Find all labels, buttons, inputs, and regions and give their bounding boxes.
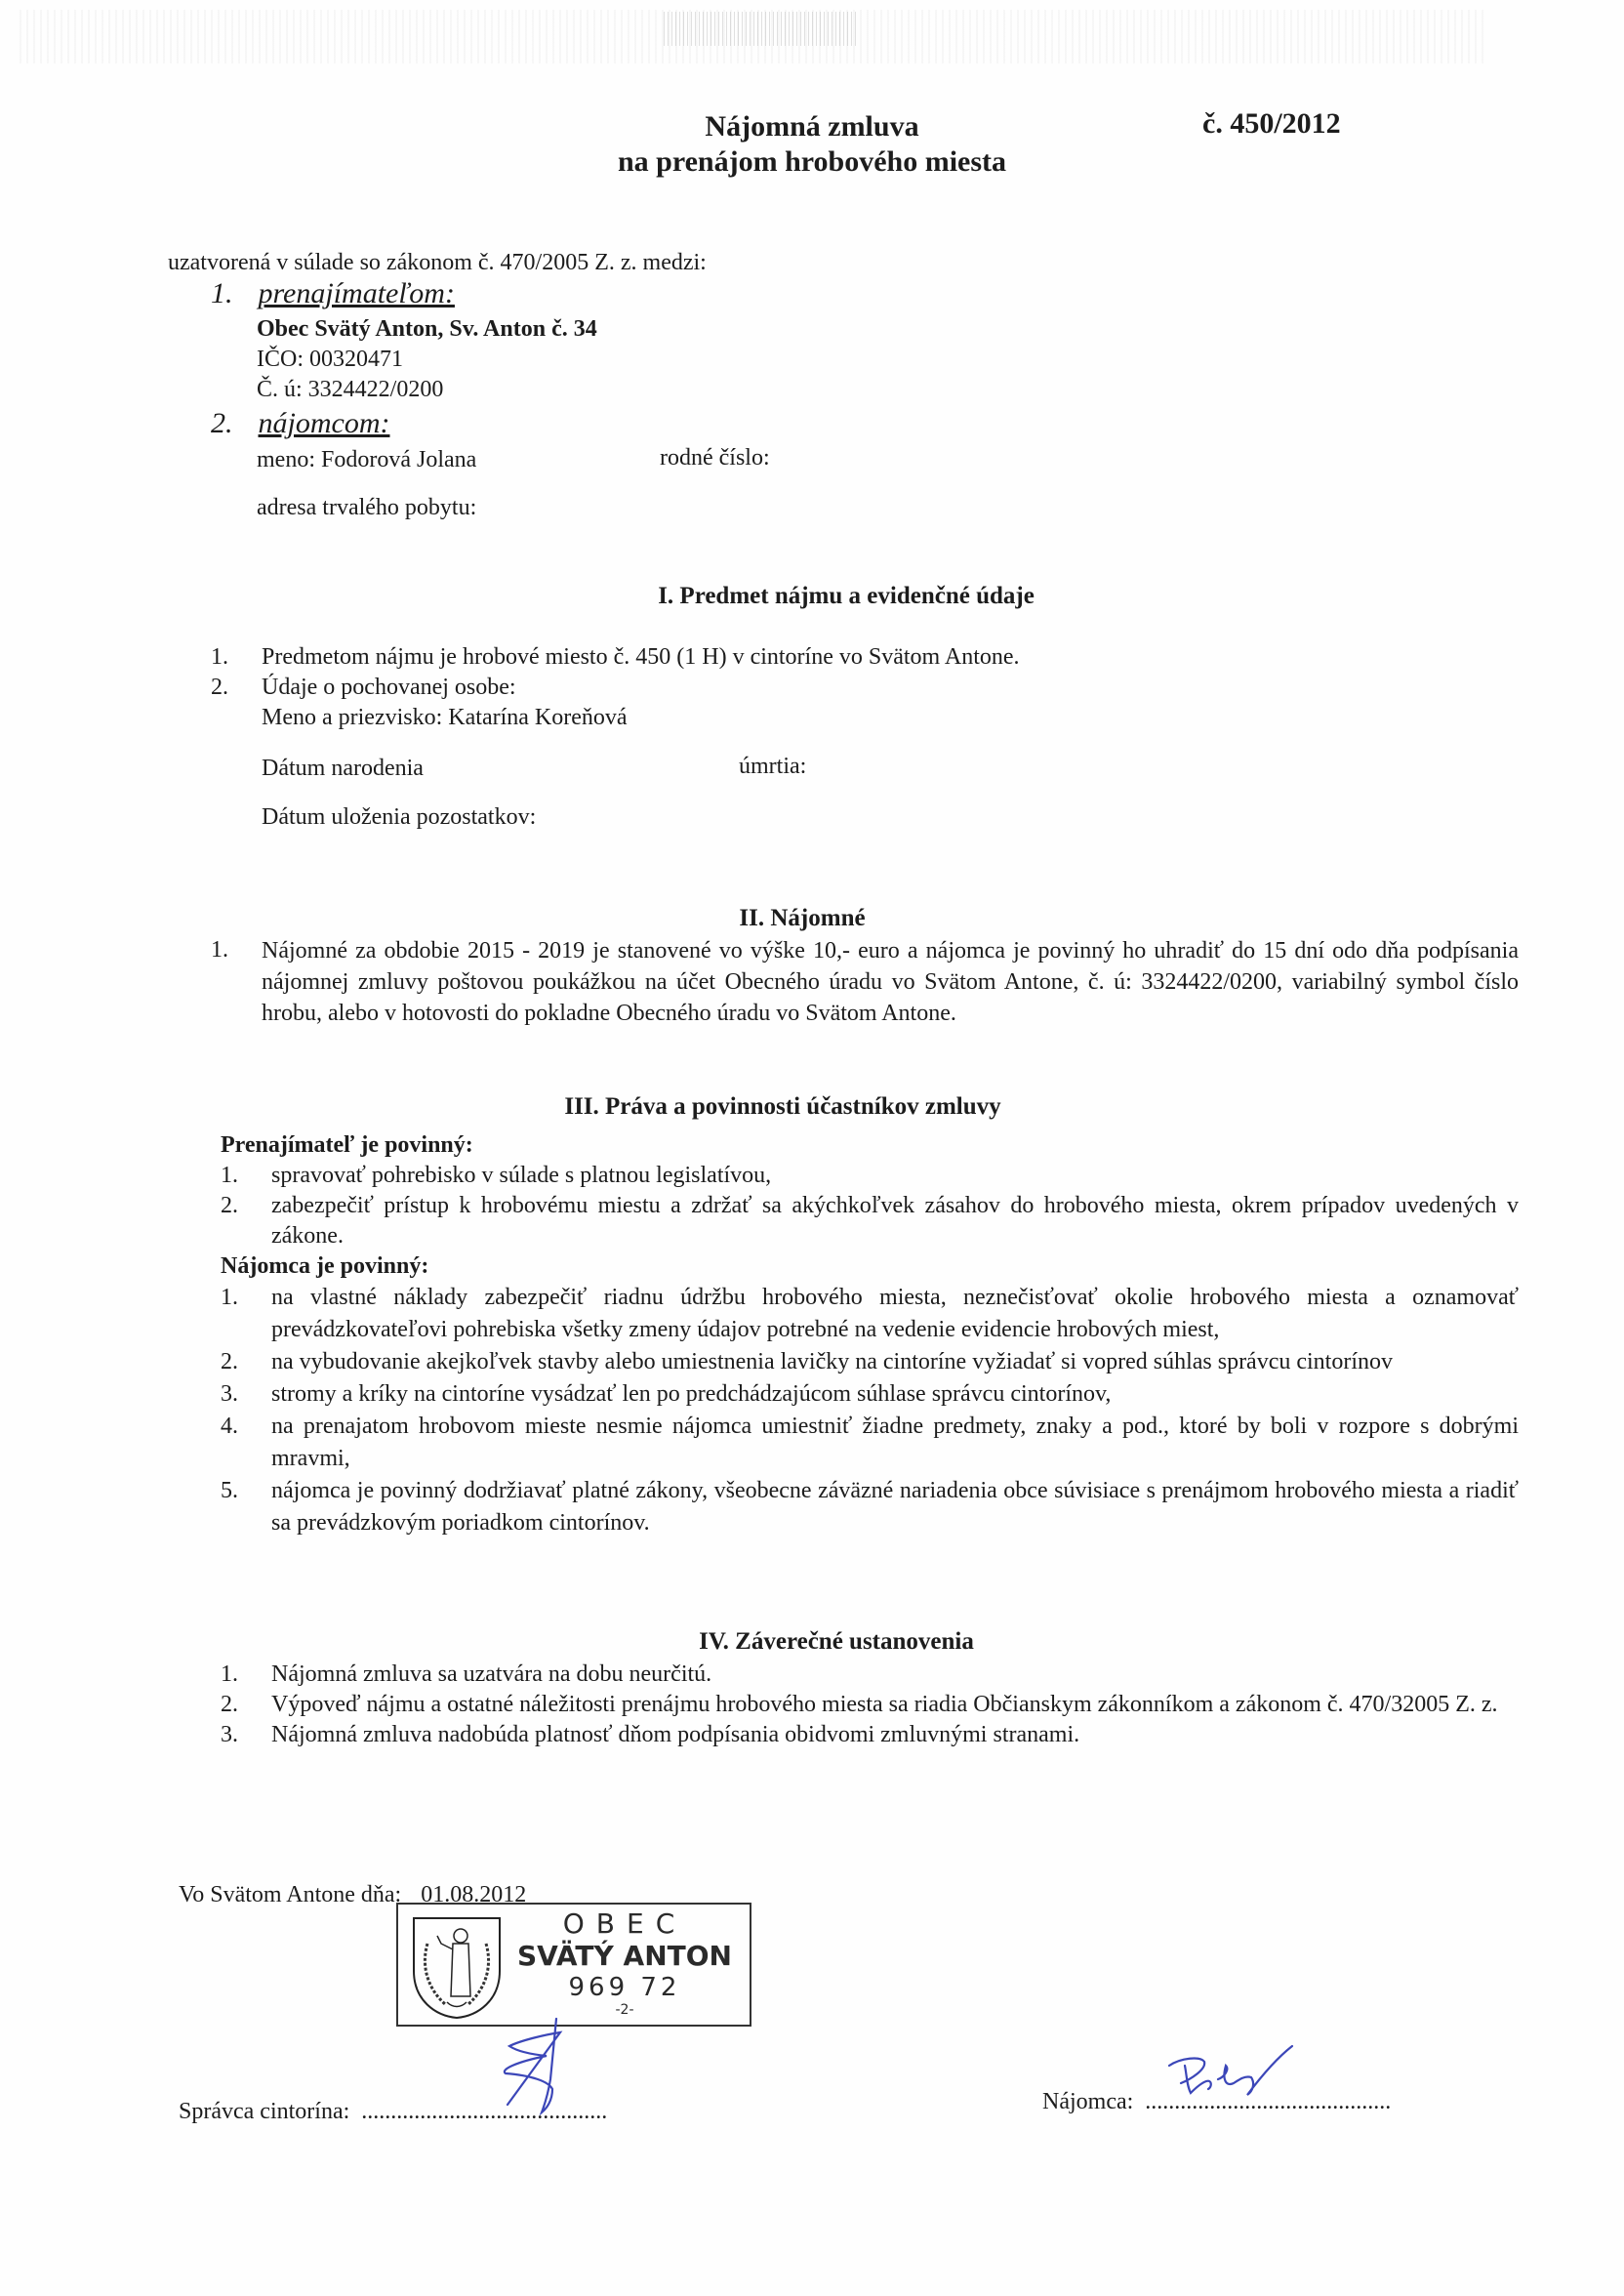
list-item: 2. zabezpečiť prístup k hrobovému miestu… (221, 1191, 1519, 1251)
scan-artifact (664, 12, 859, 46)
section-2-list: 1. Nájomné za obdobie 2015 - 2019 je sta… (211, 935, 1519, 1029)
place-date-label: Vo Svätom Antone dňa: (179, 1882, 401, 1907)
list-item: 3. stromy a kríky na cintoríne vysádzať … (221, 1378, 1519, 1411)
tenant-label: nájomcom: (259, 407, 390, 439)
stamp-line-2: SVÄTÝ ANTON (504, 1940, 746, 1973)
tenant-duties-heading: Nájomca je povinný: (221, 1251, 428, 1282)
stamp-line-3: 969 72 (504, 1973, 746, 2002)
list-item: 2. Údaje o pochovanej osobe: (211, 673, 1519, 703)
section-4-list: 1. Nájomná zmluva sa uzatvára na dobu ne… (221, 1660, 1519, 1750)
tenant-name: meno: Fodorová Jolana (257, 445, 476, 475)
list-item: 1. Predmetom nájmu je hrobové miesto č. … (211, 642, 1519, 673)
list-item: 4. na prenajatom hrobovom mieste nesmie … (221, 1411, 1519, 1475)
landlord-ico: IČO: 00320471 (257, 345, 403, 375)
administrator-dots: ........................................… (361, 2099, 607, 2124)
stamp-line-1: OBEC (504, 1908, 746, 1940)
administrator-signature-line: Správca cintorína: .....................… (179, 2097, 607, 2127)
document-number: č. 450/2012 (1202, 107, 1341, 141)
list-item: 5. nájomca je povinný dodržiavať platné … (221, 1475, 1519, 1539)
landlord-number: 1. (211, 277, 233, 309)
landlord-account: Č. ú: 3324422/0200 (257, 375, 443, 405)
intro-text: uzatvorená v súlade so zákonom č. 470/20… (168, 248, 707, 278)
birth-date-label: Dátum narodenia (262, 754, 424, 784)
tenant-dots: ........................................… (1145, 2089, 1391, 2114)
section-4-heading: IV. Záverečné ustanovenia (24, 1628, 1624, 1656)
landlord-label: prenajímateľom: (259, 277, 455, 309)
list-item: 3. Nájomná zmluva nadobúda platnosť dňom… (221, 1720, 1519, 1750)
section-3-heading: III. Práva a povinnosti účastníkov zmluv… (0, 1093, 1595, 1121)
coat-of-arms-icon (410, 1914, 504, 2020)
landlord-duties-heading: Prenajímateľ je povinný: (221, 1130, 473, 1161)
tenant-address-label: adresa trvalého pobytu: (257, 493, 476, 523)
landlord-duties-list: 1. spravovať pohrebisko v súlade s platn… (221, 1161, 1519, 1251)
list-item: 1. Nájomná zmluva sa uzatvára na dobu ne… (221, 1660, 1519, 1690)
tenant-birth-number-label: rodné číslo: (660, 443, 770, 473)
list-item: 2. na vybudovanie akejkoľvek stavby aleb… (221, 1346, 1519, 1378)
landlord-name: Obec Svätý Anton, Sv. Anton č. 34 (257, 314, 597, 345)
tenant-block: 2. nájomcom: (211, 408, 389, 441)
stamp-text: OBEC SVÄTÝ ANTON 969 72 -2- (504, 1908, 746, 2018)
section-1-list: 1. Predmetom nájmu je hrobové miesto č. … (211, 642, 1519, 703)
tenant-number: 2. (211, 407, 233, 439)
tenant-sign-label: Nájomca: (1042, 2089, 1133, 2114)
section-1-heading: I. Predmet nájmu a evidenčné údaje (34, 583, 1624, 610)
list-item: 1. Nájomné za obdobie 2015 - 2019 je sta… (211, 935, 1519, 1029)
tenant-signature-line: Nájomca: ...............................… (1042, 2087, 1391, 2117)
title-line-1: Nájomná zmluva (0, 109, 1624, 144)
death-date-label: úmrtia: (739, 752, 806, 782)
list-item: 2. Výpoveď nájmu a ostatné náležitosti p… (221, 1690, 1519, 1720)
section-2-heading: II. Nájomné (0, 905, 1614, 932)
municipal-stamp: OBEC SVÄTÝ ANTON 969 72 -2- (396, 1903, 751, 2027)
list-item: 1. spravovať pohrebisko v súlade s platn… (221, 1161, 1519, 1191)
landlord-block: 1. prenajímateľom: (211, 278, 455, 311)
document-title: Nájomná zmluva na prenájom hrobového mie… (0, 109, 1624, 180)
title-line-2: na prenájom hrobového miesta (0, 144, 1624, 180)
administrator-label: Správca cintorína: (179, 2099, 349, 2124)
tenant-duties-list: 1. na vlastné náklady zabezpečiť riadnu … (221, 1282, 1519, 1539)
buried-person-name: Meno a priezvisko: Katarína Koreňová (262, 703, 628, 733)
list-item: 1. na vlastné náklady zabezpečiť riadnu … (221, 1282, 1519, 1346)
burial-date-label: Dátum uloženia pozostatkov: (262, 802, 536, 833)
